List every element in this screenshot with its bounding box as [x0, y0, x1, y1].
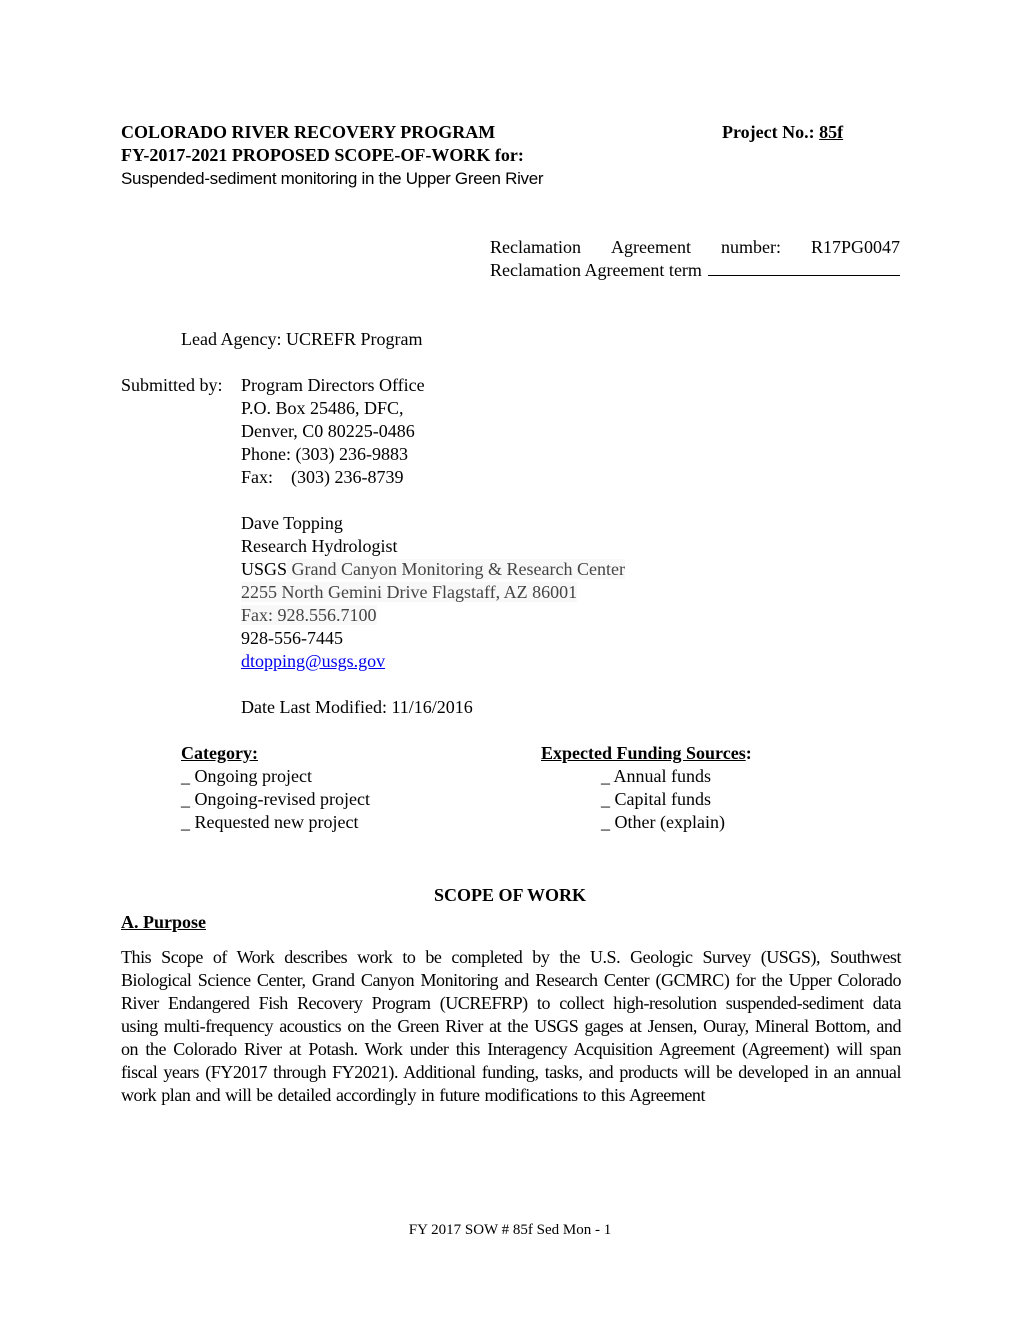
submitted-line: P.O. Box 25486, DFC, — [241, 397, 425, 420]
contact-fax: Fax: 928.556.7100 — [241, 605, 377, 625]
funding-item: _ Capital funds — [541, 788, 752, 811]
scope-of-work-title: SCOPE OF WORK — [0, 884, 1020, 907]
agreement-term-blank — [708, 259, 900, 276]
submitted-phone: Phone: (303) 236-9883 — [241, 443, 425, 466]
project-topic: Suspended-sediment monitoring in the Upp… — [121, 167, 543, 190]
funding-item: _ Other (explain) — [541, 811, 752, 834]
funding-list: Expected Funding Sources: _ Annual funds… — [541, 742, 752, 834]
contact-address: 2255 North Gemini Drive Flagstaff, AZ 86… — [241, 582, 577, 602]
contact-name: Dave Topping — [241, 512, 625, 535]
contact-block: Dave Topping Research Hydrologist USGS G… — [241, 512, 625, 673]
agreement-word: Agreement — [611, 236, 691, 259]
agreement-term-label: Reclamation Agreement term — [490, 259, 702, 282]
funding-heading-colon: : — [746, 743, 752, 763]
submitted-fax: Fax:(303) 236-8739 — [241, 466, 425, 489]
contact-address-line: 2255 North Gemini Drive Flagstaff, AZ 86… — [241, 581, 625, 604]
funding-heading-text: Expected Funding Sources — [541, 743, 746, 763]
agreement-word: Reclamation — [490, 236, 581, 259]
contact-fax-line: Fax: 928.556.7100 — [241, 604, 625, 627]
submitted-by-address: Program Directors Office P.O. Box 25486,… — [241, 374, 425, 489]
category-list: Category: _ Ongoing project _ Ongoing-re… — [181, 742, 370, 834]
agreement-word: number: — [721, 236, 781, 259]
category-item: _ Ongoing-revised project — [181, 788, 370, 811]
category-heading: Category: — [181, 742, 370, 765]
category-item: _ Ongoing project — [181, 765, 370, 788]
agreement-block: Reclamation Agreement number: R17PG0047 … — [490, 236, 900, 282]
contact-phone: 928-556-7445 — [241, 627, 625, 650]
document-page: COLORADO RIVER RECOVERY PROGRAM Project … — [0, 0, 1020, 1320]
section-heading-purpose: A. Purpose — [121, 911, 206, 934]
funding-heading: Expected Funding Sources: — [541, 742, 752, 765]
project-number: 85f — [819, 122, 843, 142]
contact-org: USGS Grand Canyon Monitoring & Research … — [241, 558, 625, 581]
project-label: Project No.: — [722, 122, 815, 142]
contact-org-name: Grand Canyon Monitoring & Research Cente… — [287, 559, 625, 579]
lead-agency: Lead Agency: UCREFR Program — [181, 328, 422, 351]
fax-label: Fax: — [241, 467, 273, 487]
submitted-line: Denver, C0 80225-0486 — [241, 420, 425, 443]
agreement-number: R17PG0047 — [811, 236, 900, 259]
submitted-by-label: Submitted by: — [121, 374, 223, 397]
contact-email-link[interactable]: dtopping@usgs.gov — [241, 651, 385, 671]
agreement-term-line: Reclamation Agreement term — [490, 259, 900, 282]
fax-value: (303) 236-8739 — [291, 467, 403, 487]
scope-title: FY-2017-2021 PROPOSED SCOPE-OF-WORK for: — [121, 144, 524, 167]
program-title: COLORADO RIVER RECOVERY PROGRAM — [121, 121, 495, 144]
category-item: _ Requested new project — [181, 811, 370, 834]
page-footer: FY 2017 SOW # 85f Sed Mon - 1 — [0, 1222, 1020, 1239]
purpose-paragraph: This Scope of Work describes work to be … — [121, 946, 901, 1107]
purpose-paragraph-block: This Scope of Work describes work to be … — [121, 946, 901, 1107]
agreement-number-line: Reclamation Agreement number: R17PG0047 — [490, 236, 900, 259]
date-last-modified: Date Last Modified: 11/16/2016 — [241, 696, 473, 719]
funding-item: _ Annual funds — [541, 765, 752, 788]
submitted-line: Program Directors Office — [241, 374, 425, 397]
contact-org-prefix: USGS — [241, 559, 287, 579]
contact-title: Research Hydrologist — [241, 535, 625, 558]
project-number-label: Project No.: 85f — [722, 121, 843, 144]
